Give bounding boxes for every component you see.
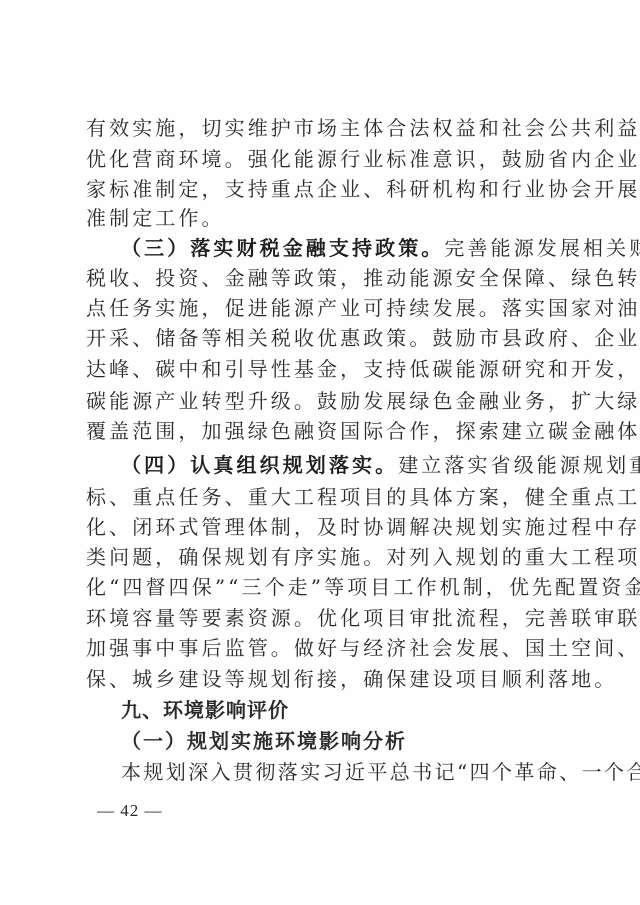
paragraph-line: 税收、投资、金融等政策，推动能源安全保障、绿色转型等重 — [86, 263, 556, 293]
paragraph-text: 完善能源发展相关财政、 — [444, 236, 640, 260]
paragraph-line: 化“四督四保”“三个走”等项目工作机制，优先配置资金、土地、 — [86, 572, 556, 602]
paragraph-line: 标、重点任务、重大工程项目的具体方案，健全重点工作清单 — [86, 482, 556, 512]
paragraph-line: 保、城乡建设等规划衔接，确保建设项目顺利落地。 — [86, 664, 556, 694]
paragraph-first-line: 本规划深入贯彻落实习近平总书记“四个革命、一个合作” — [121, 757, 591, 787]
document-page: 有效实施，切实维护市场主体合法权益和社会公共利益，持续 优化营商环境。强化能源行… — [0, 0, 640, 905]
paragraph-line: 准制定工作。 — [86, 203, 556, 233]
paragraph-first-line: （三）落实财税金融支持政策。完善能源发展相关财政、 — [121, 233, 591, 263]
paragraph-line: 覆盖范围，加强绿色融资国际合作，探索建立碳金融体系。 — [86, 416, 556, 446]
paragraph-line: 点任务实施，促进能源产业可持续发展。落实国家对油气勘探、 — [86, 293, 556, 323]
paragraph-text: 建立落实省级能源规划重要目 — [398, 453, 640, 477]
paragraph-line: 类问题，确保规划有序实施。对列入规划的重大工程项目，深 — [86, 542, 556, 572]
paragraph-line: 碳能源产业转型升级。鼓励发展绿色金融业务，扩大绿色信贷 — [86, 386, 556, 416]
paragraph-line: 达峰、碳中和引导性基金，支持低碳能源研究和开发，服务涉 — [86, 354, 556, 384]
section-heading: 九、环境影响评价 — [121, 695, 591, 725]
paragraph-line: 优化营商环境。强化能源行业标准意识，鼓励省内企业参与国 — [86, 144, 556, 174]
paragraph-line: 有效实施，切实维护市场主体合法权益和社会公共利益，持续 — [86, 113, 556, 143]
page-number: — 42 — — [97, 801, 163, 821]
subsection-heading: （一）规划实施环境影响分析 — [121, 726, 591, 756]
paragraph-first-line: （四）认真组织规划落实。建立落实省级能源规划重要目 — [121, 450, 591, 480]
paragraph-line: 化、闭环式管理体制，及时协调解决规划实施过程中存在的各 — [86, 512, 556, 542]
paragraph-title: （四）认真组织规划落实。 — [121, 453, 398, 477]
paragraph-line: 环境容量等要素资源。优化项目审批流程，完善联审联批机制， — [86, 603, 556, 633]
paragraph-line: 开采、储备等相关税收优惠政策。鼓励市县政府、企业设立碳 — [86, 323, 556, 353]
paragraph-line: 加强事中事后监管。做好与经济社会发展、国土空间、生态环 — [86, 633, 556, 663]
paragraph-line: 家标准制定，支持重点企业、科研机构和行业协会开展地方标 — [86, 174, 556, 204]
paragraph-title: （三）落实财税金融支持政策。 — [121, 236, 444, 260]
